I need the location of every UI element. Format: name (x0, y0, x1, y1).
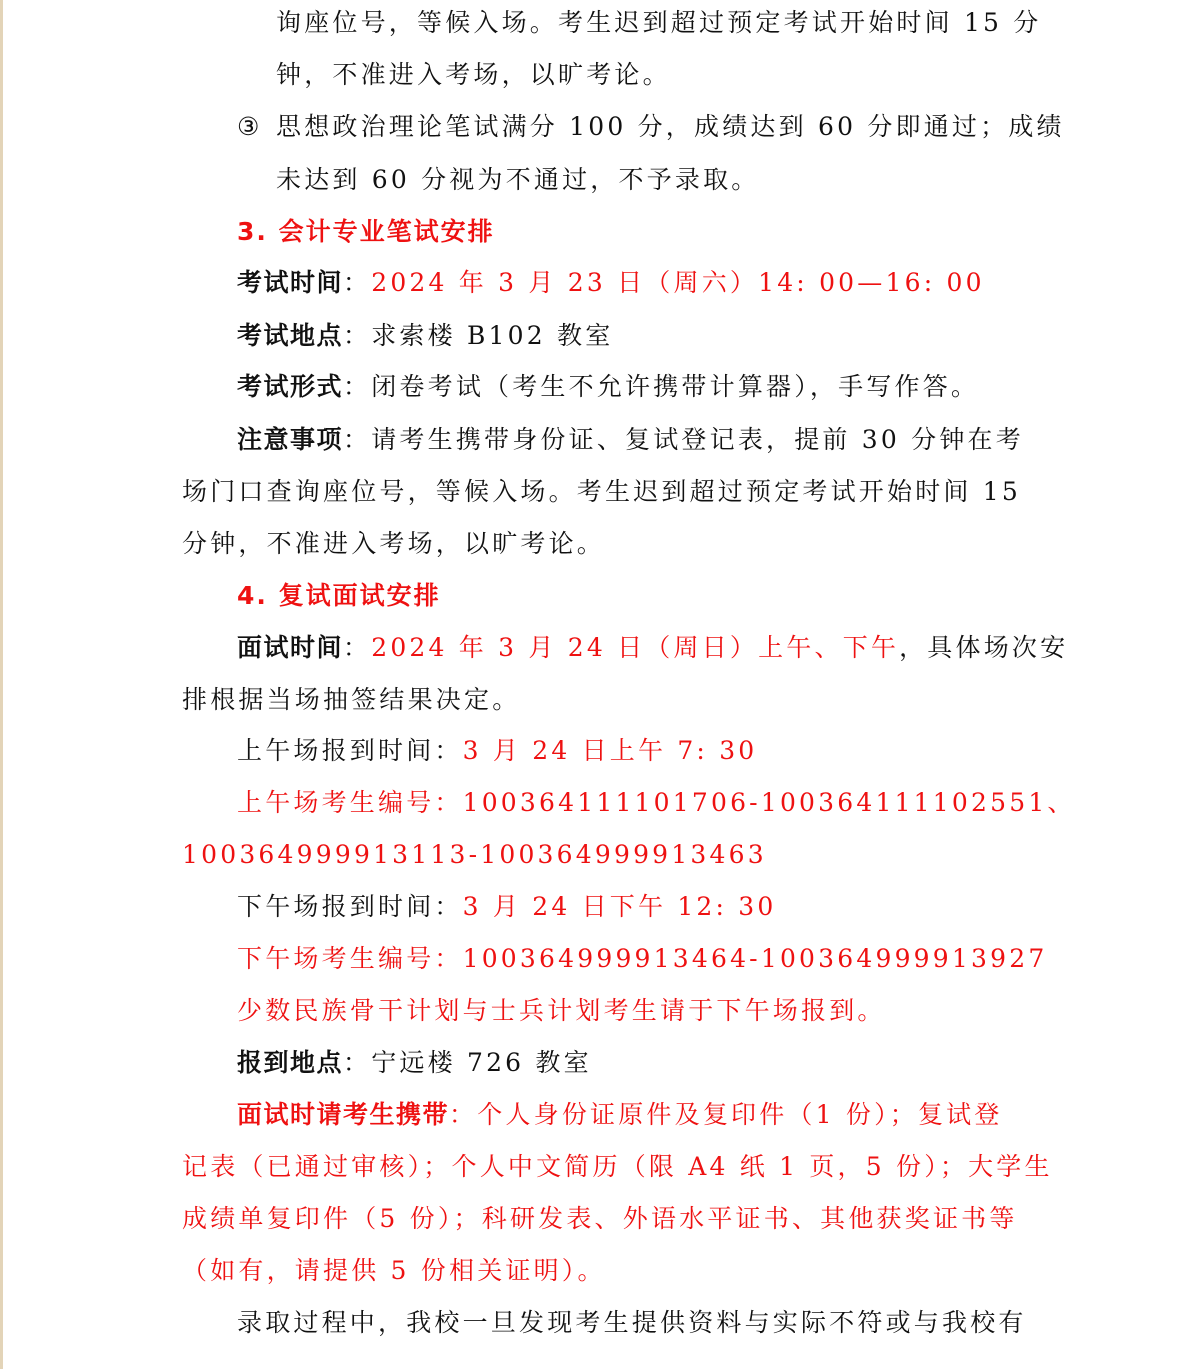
exam-place-value: 求索楼 B102 教室 (371, 321, 613, 350)
list-item-3-text: 思想政治理论笔试满分 100 分，成绩达到 60 分即通过；成绩 (276, 107, 1065, 147)
exam-form-row: 考试形式：闭卷考试（考生不允许携带计算器），手写作答。 (237, 367, 979, 407)
label-separator: ： (343, 633, 371, 662)
exam-time-row: 考试时间：2024 年 3 月 23 日（周六）14: 00—16: 00 (237, 263, 985, 303)
interview-time-cont: 排根据当场抽签结果决定。 (182, 680, 520, 720)
bring-items-row: 面试时请考生携带：个人身份证原件及复印件（1 份）；复试登 (237, 1095, 1003, 1135)
list-marker-3: ③ (237, 107, 263, 147)
am-checkin-row: 上午场报到时间：3 月 24 日上午 7: 30 (237, 731, 757, 771)
label-separator: ： (343, 321, 371, 350)
interview-time-row: 面试时间：2024 年 3 月 24 日（周日）上午、下午，具体场次安 (237, 628, 1068, 668)
pm-checkin-row: 下午场报到时间：3 月 24 日下午 12: 30 (237, 887, 777, 927)
interview-time-rest: ，具体场次安 (899, 633, 1068, 662)
document-page: 询座位号，等候入场。考生迟到超过预定考试开始时间 15 分 钟，不准进入考场，以… (0, 0, 1190, 1369)
exam-place-label: 考试地点 (237, 321, 343, 350)
interview-time-value: 2024 年 3 月 24 日（周日）上午、下午 (371, 633, 899, 662)
exam-form-label: 考试形式 (237, 372, 343, 401)
notes-text-cont: 分钟，不准进入考场，以旷考论。 (182, 524, 605, 564)
label-separator: ： (449, 1100, 477, 1129)
section-heading-accounting-exam: 3. 会计专业笔试安排 (237, 212, 495, 252)
am-checkin-value: 3 月 24 日上午 7: 30 (463, 736, 758, 765)
notes-text-cont: 场门口查询座位号，等候入场。考生迟到超过预定考试开始时间 15 (182, 472, 1021, 512)
label-separator: ： (343, 268, 371, 297)
am-candidate-ids: 上午场考生编号：100364111101706-100364111102551、 (237, 783, 1076, 823)
paragraph-line: 钟，不准进入考场，以旷考论。 (276, 55, 671, 95)
notes-label: 注意事项 (237, 425, 343, 454)
label-separator: ： (343, 425, 371, 454)
pm-candidate-ids: 下午场考生编号：100364999913464-100364999913927 (237, 939, 1047, 979)
am-candidate-ids-cont: 100364999913113-100364999913463 (182, 835, 767, 875)
checkin-place-value: 宁远楼 726 教室 (371, 1048, 592, 1077)
closing-paragraph: 录取过程中，我校一旦发现考生提供资料与实际不符或与我校有 (237, 1303, 1027, 1343)
pm-checkin-label: 下午场报到时间： (237, 892, 463, 921)
bring-items-cont: （如有，请提供 5 份相关证明）。 (182, 1251, 606, 1291)
special-plan-note: 少数民族骨干计划与士兵计划考生请于下午场报到。 (237, 991, 886, 1031)
label-separator: ： (343, 372, 371, 401)
bring-items-text: 个人身份证原件及复印件（1 份）；复试登 (477, 1100, 1002, 1129)
exam-time-value: 2024 年 3 月 23 日（周六）14: 00—16: 00 (371, 268, 984, 297)
paragraph-line: 询座位号，等候入场。考生迟到超过预定考试开始时间 15 分 (276, 3, 1042, 43)
label-separator: ： (343, 1048, 371, 1077)
bring-items-cont: 记表（已通过审核）；个人中文简历（限 A4 纸 1 页，5 份）；大学生 (182, 1147, 1053, 1187)
notes-row: 注意事项：请考生携带身份证、复试登记表，提前 30 分钟在考 (237, 420, 1024, 460)
exam-time-label: 考试时间 (237, 268, 343, 297)
am-checkin-label: 上午场报到时间： (237, 736, 463, 765)
checkin-place-row: 报到地点：宁远楼 726 教室 (237, 1043, 592, 1083)
bring-items-label: 面试时请考生携带 (237, 1100, 449, 1129)
exam-form-value: 闭卷考试（考生不允许携带计算器），手写作答。 (371, 372, 979, 401)
interview-time-label: 面试时间 (237, 633, 343, 662)
notes-text: 请考生携带身份证、复试登记表，提前 30 分钟在考 (371, 425, 1024, 454)
pm-checkin-value: 3 月 24 日下午 12: 30 (463, 892, 777, 921)
bring-items-cont: 成绩单复印件（5 份）；科研发表、外语水平证书、其他获奖证书等 (182, 1199, 1018, 1239)
list-item-3-text-cont: 未达到 60 分视为不通过，不予录取。 (276, 160, 760, 200)
section-heading-interview: 4. 复试面试安排 (237, 576, 441, 616)
checkin-place-label: 报到地点 (237, 1048, 343, 1077)
exam-place-row: 考试地点：求索楼 B102 教室 (237, 316, 613, 356)
